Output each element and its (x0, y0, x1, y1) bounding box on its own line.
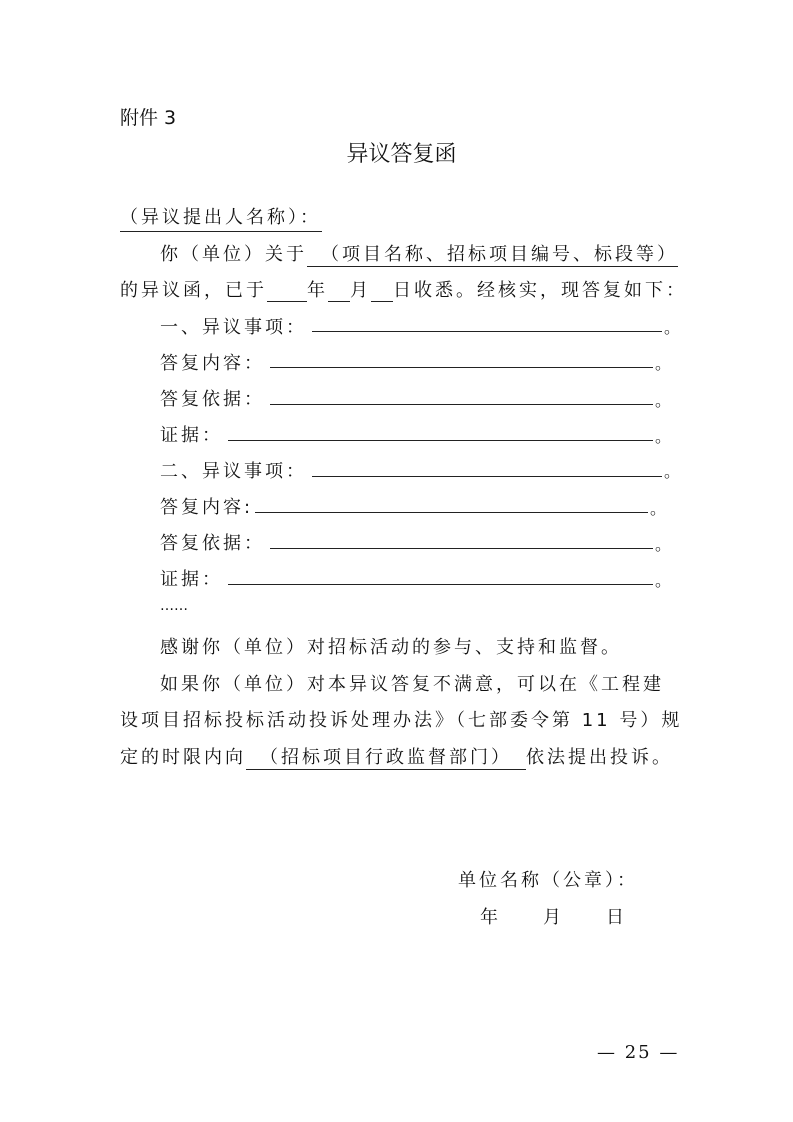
item-2-reply-content-field[interactable] (255, 512, 648, 513)
month-field[interactable] (328, 280, 350, 302)
complaint-line-2: 设项目招标投标活动投诉处理办法》（七部委令第 11 号）规 (120, 706, 682, 732)
signature-day-label: 日 (606, 907, 627, 928)
item-2-evidence-period: 。 (655, 568, 671, 591)
complaint-line-3: 定的时限内向（招标项目行政监督部门）依法提出投诉。 (120, 743, 673, 770)
day-label: 日 (393, 280, 414, 301)
document-title: 异议答复函 (0, 137, 793, 168)
intro-line2-suffix: 收悉。经核实，现答复如下： (414, 280, 687, 301)
item-1-evidence-field[interactable] (228, 440, 653, 441)
intro-line-1: 你（单位）关于（项目名称、招标项目编号、标段等） (160, 240, 678, 267)
item-1-reply-content-period: 。 (655, 351, 671, 374)
item-2-evidence-field[interactable] (228, 584, 653, 585)
complaint-line3-prefix: 定的时限内向 (120, 747, 246, 768)
complaint-line-1: 如果你（单位）对本异议答复不满意，可以在《工程建 (160, 670, 664, 696)
item-2-objection-period: 。 (664, 459, 680, 482)
recipient-line: （异议提出人名称）： (120, 203, 322, 232)
item-2-reply-basis-period: 。 (655, 532, 671, 555)
unit-seal-label: 单位名称（公章）： (458, 866, 638, 892)
signature-year-label: 年 (480, 907, 501, 928)
thanks-paragraph: 感谢你（单位）对招标活动的参与、支持和监督。 (160, 633, 622, 659)
intro-prefix: 你（单位）关于 (160, 244, 307, 265)
item-2-reply-basis-label: 答复依据： (160, 529, 265, 555)
recipient-field[interactable]: （异议提出人名称）： (120, 203, 322, 232)
department-field[interactable]: （招标项目行政监督部门） (246, 743, 526, 770)
attachment-label: 附件 3 (120, 103, 176, 130)
item-2-objection-field[interactable] (312, 476, 662, 477)
item-1-reply-basis-field[interactable] (270, 404, 653, 405)
signature-date: 年月日 (480, 903, 627, 929)
year-field[interactable] (267, 280, 307, 302)
item-1-evidence-label: 证据： (160, 421, 223, 447)
item-1-objection-field[interactable] (312, 331, 662, 332)
item-1-objection-label: 一、异议事项： (160, 313, 307, 339)
item-2-objection-label: 二、异议事项： (160, 457, 307, 483)
item-2-evidence-label: 证据： (160, 565, 223, 591)
complaint-line3-suffix: 依法提出投诉。 (526, 747, 673, 768)
page-number: — 25 — (597, 1042, 679, 1063)
item-2-reply-content-label: 答复内容: (160, 493, 253, 519)
item-1-reply-content-field[interactable] (270, 367, 653, 368)
month-label: 月 (350, 280, 371, 301)
item-2-reply-content-period: 。 (650, 496, 666, 519)
intro-line-2: 的异议函，已于 年 月 日收悉。经核实，现答复如下： (120, 276, 687, 302)
item-2-reply-basis-field[interactable] (270, 548, 653, 549)
signature-month-label: 月 (543, 907, 564, 928)
item-1-reply-basis-period: 。 (655, 388, 671, 411)
item-1-objection-period: 。 (664, 315, 680, 338)
intro-line2-prefix: 的异议函，已于 (120, 280, 267, 301)
item-1-evidence-period: 。 (655, 424, 671, 447)
item-1-reply-content-label: 答复内容： (160, 349, 265, 375)
project-field[interactable]: （项目名称、招标项目编号、标段等） (307, 240, 678, 267)
day-field[interactable] (371, 280, 393, 302)
year-label: 年 (307, 280, 328, 301)
item-1-reply-basis-label: 答复依据： (160, 385, 265, 411)
ellipsis: …… (160, 598, 188, 614)
